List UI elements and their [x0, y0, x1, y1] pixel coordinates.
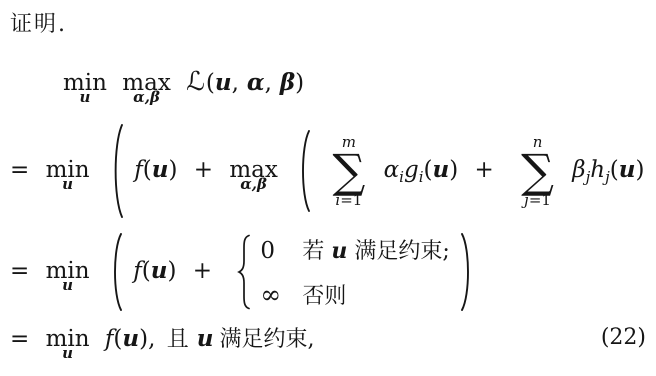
close-paren: ): [635, 157, 644, 183]
cases-brace: [237, 233, 251, 311]
alpha-symbol: α: [384, 157, 400, 183]
comma: ,: [148, 326, 155, 352]
max-operator: max α,β: [122, 70, 171, 96]
summation-j: n ∑ j=1: [521, 148, 554, 194]
proof-label: 证明.: [10, 7, 67, 38]
close-paren: ): [295, 70, 304, 96]
piecewise-cases: 0 若u满足约束; ∞ 否则: [237, 233, 449, 311]
open-paren: (: [142, 258, 151, 284]
plus-sign: +: [475, 157, 494, 183]
equals-sign: =: [10, 157, 29, 183]
equation-row-4: = min u f(u), 且u满足约束,: [10, 322, 314, 353]
constraint-text: 满足约束,: [219, 327, 314, 352]
min-subscript-u: u: [62, 278, 73, 293]
f-symbol: f: [134, 157, 143, 183]
sigma-symbol: ∑: [332, 148, 365, 194]
close-paren: ): [139, 326, 148, 352]
if-text: 若: [302, 239, 324, 264]
open-paren: (: [610, 157, 619, 183]
big-paren-close: [460, 231, 475, 313]
h-symbol: h: [590, 157, 605, 183]
and-text: 且: [167, 327, 189, 352]
open-paren: (: [424, 157, 433, 183]
equation-row-3: = min u f(u) + 0 若u满足约束; ∞ 否则: [10, 231, 478, 313]
case-condition-1: 若u满足约束;: [302, 234, 449, 265]
equals-sign: =: [10, 258, 29, 284]
close-paren: ): [167, 258, 176, 284]
open-paren: (: [206, 70, 215, 96]
min-subscript-u: u: [62, 177, 73, 192]
beta-symbol: β: [280, 69, 295, 96]
big-paren-open-inner: [296, 128, 311, 214]
min-operator: min u: [63, 70, 107, 96]
open-paren: (: [143, 157, 152, 183]
sum-upper-limit-m: m: [342, 135, 356, 150]
comma: ,: [232, 70, 239, 96]
equation-line-4: = min u f(u), 且u满足约束, (22): [10, 320, 646, 354]
u-symbol: u: [619, 156, 636, 183]
sum-upper-limit-n: n: [533, 135, 543, 150]
u-symbol: u: [215, 69, 232, 96]
f-of-u: f(u): [133, 258, 176, 284]
min-operator: min u: [46, 326, 90, 352]
equation-line-3: = min u f(u) + 0 若u满足约束; ∞ 否则: [10, 229, 478, 315]
cases-column: 0 若u满足约束; ∞ 否则: [260, 234, 449, 310]
sum-lower-limit-j: j=1: [524, 193, 551, 208]
alpha-symbol: α: [247, 69, 265, 96]
equation-line-1: min u max α,β ℒ(u,α,β): [63, 64, 304, 100]
big-paren-open: [108, 231, 123, 313]
constraint-text: 满足约束;: [354, 239, 449, 264]
big-paren-open-outer: [108, 122, 124, 220]
plus-sign: +: [194, 157, 213, 183]
g-symbol: g: [404, 157, 419, 183]
case-row-2: ∞ 否则: [260, 279, 449, 310]
case-value-infinity: ∞: [260, 280, 302, 309]
min-subscript-u: u: [80, 90, 91, 105]
comma: ,: [265, 70, 272, 96]
case-value-zero: 0: [260, 238, 302, 264]
lagrangian-symbol: ℒ: [186, 67, 205, 97]
u-symbol: u: [331, 238, 347, 264]
equation-row-2: = min u f(u) + max α,β m ∑ i=1 αigi(u) +…: [10, 122, 656, 220]
equals-sign: =: [10, 326, 29, 352]
case-condition-2: 否则: [302, 279, 346, 310]
max-subscript-alpha-beta: α,β: [133, 90, 160, 105]
close-paren: ): [168, 157, 177, 183]
max-subscript-alpha-beta: α,β: [240, 177, 267, 192]
u-symbol: u: [151, 257, 168, 284]
f-symbol: f: [133, 258, 142, 284]
f-of-u: f(u): [134, 157, 177, 183]
document-page: 证明. min u max α,β ℒ(u,α,β) = min u f(u) …: [0, 0, 656, 376]
min-operator: min u: [46, 258, 90, 284]
u-symbol: u: [122, 325, 139, 352]
max-operator: max α,β: [229, 157, 278, 183]
summation-i: m ∑ i=1: [332, 148, 365, 194]
u-symbol: u: [152, 156, 169, 183]
equation-line-2: = min u f(u) + max α,β m ∑ i=1 αigi(u) +…: [10, 120, 656, 222]
close-paren: ): [449, 157, 458, 183]
min-subscript-u: u: [62, 346, 73, 361]
case-row-1: 0 若u满足约束;: [260, 234, 449, 265]
beta-symbol: β: [572, 157, 585, 183]
sigma-symbol: ∑: [521, 148, 554, 194]
plus-sign: +: [193, 258, 212, 284]
min-operator: min u: [46, 157, 90, 183]
equation-row-1: min u max α,β ℒ(u,α,β): [63, 67, 304, 97]
equation-number: (22): [601, 325, 646, 350]
term-beta-h: βjhj(u): [572, 157, 644, 183]
u-symbol: u: [197, 325, 214, 352]
equals-one: =1: [340, 191, 362, 209]
f-of-u: f(u): [105, 326, 148, 352]
sum-lower-limit-i: i=1: [335, 193, 362, 208]
equals-one: =1: [529, 191, 551, 209]
u-symbol: u: [433, 156, 450, 183]
term-alpha-g: αigi(u): [384, 157, 459, 183]
